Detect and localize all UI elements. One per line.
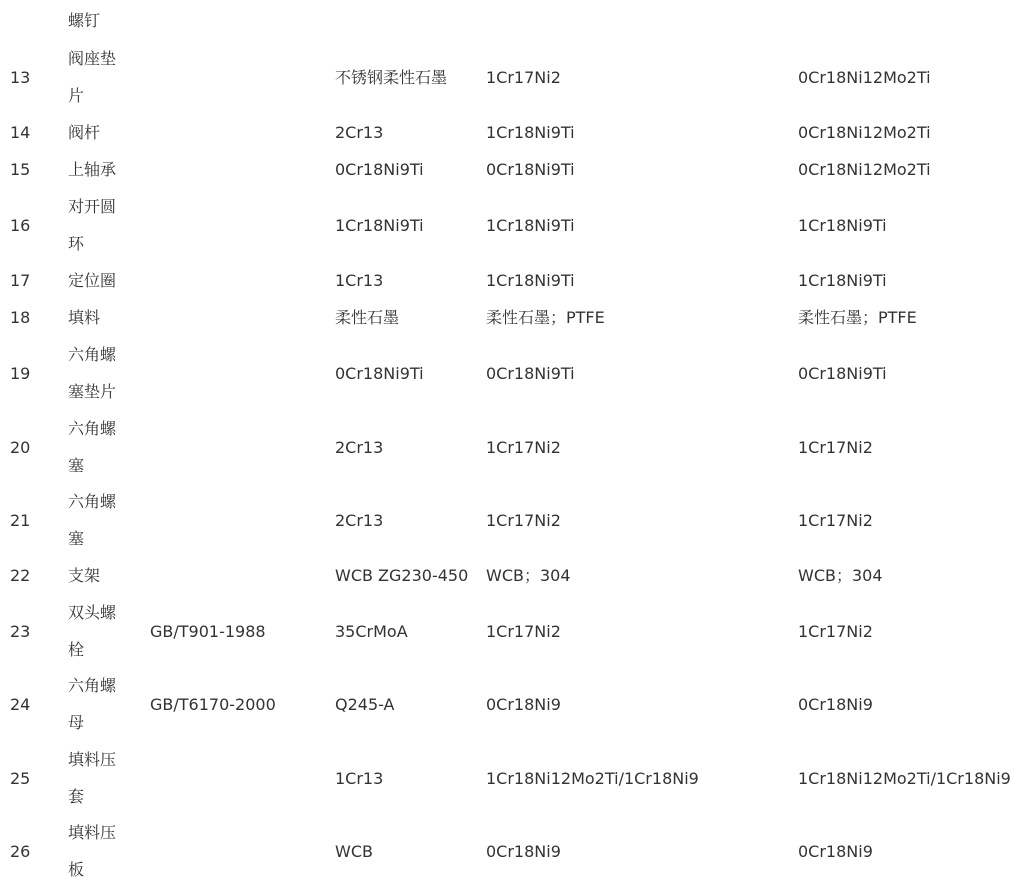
part-name: 六角螺母 [68,667,138,741]
material-col-3: 1Cr17Ni2 [798,594,1018,668]
material-col-3: 1Cr17Ni2 [798,410,1018,484]
part-name-line: 环 [68,225,84,262]
part-number: 18 [10,299,60,336]
material-col-3: 1Cr17Ni2 [798,483,1018,557]
part-number [10,2,60,39]
part-name: 双头螺栓 [68,594,138,668]
part-standard [150,557,330,594]
part-number: 17 [10,262,60,299]
material-col-1 [335,2,483,39]
material-col-2: 0Cr18Ni9Ti [486,336,791,410]
part-name-line: 六角螺 [68,410,116,447]
table-row: 16对开圆环1Cr18Ni9Ti1Cr18Ni9Ti1Cr18Ni9Ti [0,188,1018,262]
part-name-line: 对开圆 [68,188,116,225]
table-row: 20六角螺塞2Cr131Cr17Ni21Cr17Ni2 [0,410,1018,484]
material-col-3: 0Cr18Ni9Ti [798,336,1018,410]
material-col-2: 1Cr18Ni12Mo2Ti/1Cr18Ni9 [486,741,791,815]
material-col-2: 1Cr17Ni2 [486,410,791,484]
table-row: 23双头螺栓GB/T901-198835CrMoA1Cr17Ni21Cr17Ni… [0,594,1018,668]
part-name-line: 塞 [68,447,84,484]
part-name-line: 双头螺 [68,594,116,631]
part-name-line: 塞 [68,520,84,557]
material-col-2: 柔性石墨；PTFE [486,299,791,336]
part-name: 六角螺塞 [68,410,138,484]
material-col-1: WCB ZG230-450 [335,557,483,594]
part-name: 阀座垫片 [68,40,138,114]
material-col-2: 1Cr18Ni9Ti [486,262,791,299]
material-col-2: 0Cr18Ni9 [486,814,791,886]
table-row: 15上轴承0Cr18Ni9Ti0Cr18Ni9Ti0Cr18Ni12Mo2Ti [0,151,1018,188]
part-name-line: 栓 [68,631,84,668]
table-row: 22支架WCB ZG230-450WCB；304WCB；304 [0,557,1018,594]
material-col-3: 柔性石墨；PTFE [798,299,1018,336]
part-number: 22 [10,557,60,594]
material-col-3 [798,2,1018,39]
material-col-3: 1Cr18Ni9Ti [798,188,1018,262]
part-number: 20 [10,410,60,484]
part-number: 19 [10,336,60,410]
part-name: 六角螺塞 [68,483,138,557]
part-name: 填料压板 [68,814,138,886]
material-col-1: 35CrMoA [335,594,483,668]
material-col-1: 0Cr18Ni9Ti [335,336,483,410]
part-number: 13 [10,40,60,114]
part-name: 填料 [68,299,138,336]
part-number: 16 [10,188,60,262]
material-col-1: WCB [335,814,483,886]
part-name-line: 填料压 [68,741,116,778]
part-number: 14 [10,114,60,151]
table-row: 26填料压板WCB0Cr18Ni90Cr18Ni9 [0,814,1018,886]
material-col-2 [486,2,791,39]
part-standard [150,814,330,886]
material-col-3: 0Cr18Ni12Mo2Ti [798,40,1018,114]
material-col-1: Q245-A [335,667,483,741]
material-col-2: 1Cr18Ni9Ti [486,188,791,262]
part-name-line: 六角螺 [68,667,116,704]
part-standard: GB/T901-1988 [150,594,330,668]
part-number: 15 [10,151,60,188]
material-col-3: WCB；304 [798,557,1018,594]
material-col-1: 1Cr13 [335,741,483,815]
part-standard [150,2,330,39]
part-name-line: 填料压 [68,814,116,851]
material-col-3: 0Cr18Ni12Mo2Ti [798,151,1018,188]
part-standard [150,483,330,557]
part-name-line: 阀座垫 [68,40,116,77]
part-number: 23 [10,594,60,668]
part-name: 上轴承 [68,151,138,188]
material-col-2: 1Cr17Ni2 [486,594,791,668]
part-name-line: 片 [68,77,84,114]
part-standard [150,741,330,815]
material-col-2: 0Cr18Ni9 [486,667,791,741]
material-col-3: 0Cr18Ni12Mo2Ti [798,114,1018,151]
part-name: 填料压套 [68,741,138,815]
part-number: 25 [10,741,60,815]
part-standard [150,114,330,151]
table-row: 19六角螺塞垫片0Cr18Ni9Ti0Cr18Ni9Ti0Cr18Ni9Ti [0,336,1018,410]
material-col-3: 0Cr18Ni9 [798,667,1018,741]
part-standard [150,299,330,336]
part-name-line: 阀杆 [68,114,100,151]
part-standard [150,336,330,410]
material-col-1: 1Cr13 [335,262,483,299]
part-name-line: 填料 [68,299,100,336]
table-row: 21六角螺塞2Cr131Cr17Ni21Cr17Ni2 [0,483,1018,557]
material-col-2: 1Cr18Ni9Ti [486,114,791,151]
material-col-2: WCB；304 [486,557,791,594]
part-name-line: 板 [68,851,84,886]
part-standard [150,188,330,262]
part-name-line: 定位圈 [68,262,116,299]
part-name-line: 母 [68,704,84,741]
material-col-1: 柔性石墨 [335,299,483,336]
part-standard [150,40,330,114]
material-col-1: 2Cr13 [335,483,483,557]
part-name-line: 螺钉 [68,2,100,39]
table-row: 螺钉 [0,2,1018,39]
part-name-line: 支架 [68,557,100,594]
material-col-1: 不锈钢柔性石墨 [335,40,483,114]
part-standard: GB/T6170-2000 [150,667,330,741]
material-col-3: 1Cr18Ni12Mo2Ti/1Cr18Ni9 [798,741,1018,815]
table-row: 17定位圈1Cr131Cr18Ni9Ti1Cr18Ni9Ti [0,262,1018,299]
part-name-line: 套 [68,778,84,815]
part-standard [150,410,330,484]
part-name: 六角螺塞垫片 [68,336,138,410]
part-name: 定位圈 [68,262,138,299]
part-name: 螺钉 [68,2,138,39]
material-col-2: 1Cr17Ni2 [486,483,791,557]
material-col-1: 0Cr18Ni9Ti [335,151,483,188]
material-col-2: 1Cr17Ni2 [486,40,791,114]
part-number: 21 [10,483,60,557]
table-row: 24六角螺母GB/T6170-2000Q245-A0Cr18Ni90Cr18Ni… [0,667,1018,741]
material-col-1: 1Cr18Ni9Ti [335,188,483,262]
part-name-line: 六角螺 [68,483,116,520]
table-row: 25填料压套1Cr131Cr18Ni12Mo2Ti/1Cr18Ni91Cr18N… [0,741,1018,815]
material-col-1: 2Cr13 [335,114,483,151]
material-col-1: 2Cr13 [335,410,483,484]
part-number: 26 [10,814,60,886]
material-col-2: 0Cr18Ni9Ti [486,151,791,188]
part-name: 阀杆 [68,114,138,151]
part-standard [150,151,330,188]
part-name: 对开圆环 [68,188,138,262]
table-row: 18填料柔性石墨柔性石墨；PTFE柔性石墨；PTFE [0,299,1018,336]
part-name-line: 上轴承 [68,151,116,188]
part-name-line: 六角螺 [68,336,116,373]
material-col-3: 0Cr18Ni9 [798,814,1018,886]
material-col-3: 1Cr18Ni9Ti [798,262,1018,299]
part-number: 24 [10,667,60,741]
part-name-line: 塞垫片 [68,373,116,410]
table-row: 14阀杆2Cr131Cr18Ni9Ti0Cr18Ni12Mo2Ti [0,114,1018,151]
table-row: 13阀座垫片不锈钢柔性石墨1Cr17Ni20Cr18Ni12Mo2Ti [0,40,1018,114]
part-standard [150,262,330,299]
part-name: 支架 [68,557,138,594]
